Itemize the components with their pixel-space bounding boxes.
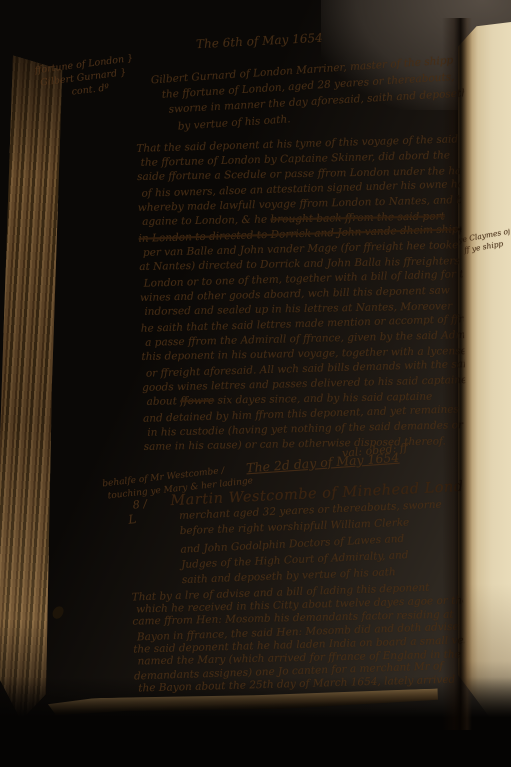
entry2-deponent-preamble: Martin Westcombe of Minehead Londmerchan… — [170, 480, 466, 590]
book-gutter-shadow — [442, 18, 472, 730]
book-photograph: The 6th of May 1654 ffortune of London }… — [0, 0, 511, 767]
entry2-deposition-body: That by a lre of advise and a bill of la… — [132, 581, 466, 696]
entry1-deposition-body: That the said deponent at his tyme of th… — [136, 133, 467, 456]
